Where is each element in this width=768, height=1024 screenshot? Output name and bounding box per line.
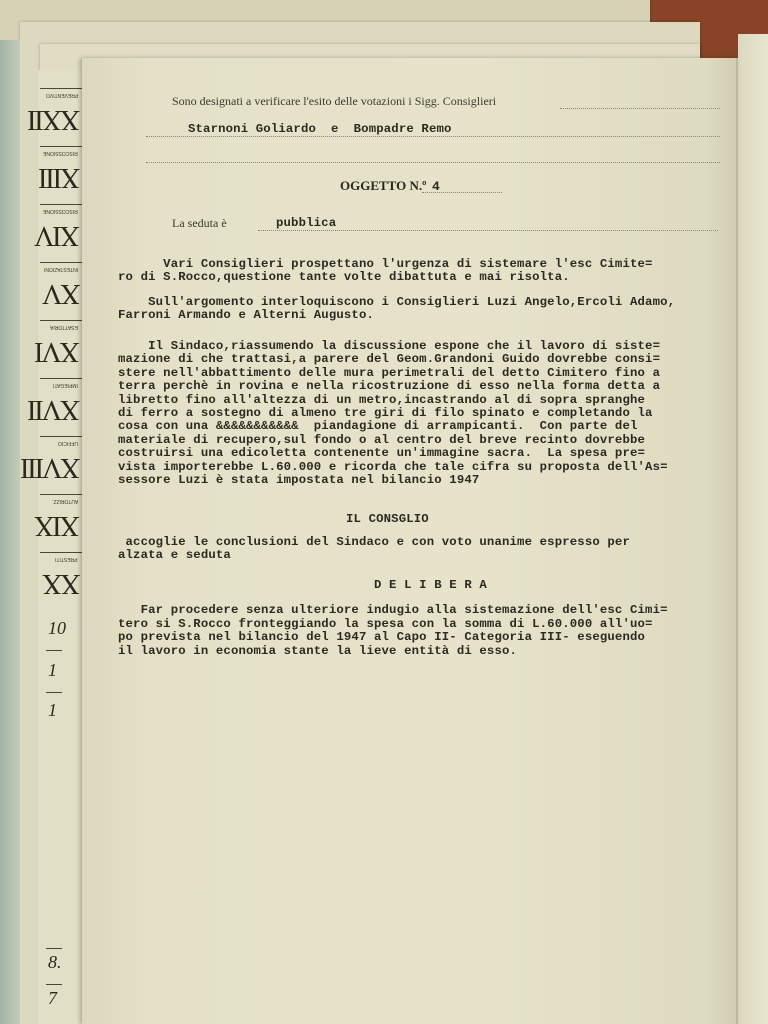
tab-roman-numeral: XVIII: [22, 451, 80, 483]
index-tab[interactable]: UFFICIO XVIII: [40, 436, 82, 495]
verifiers-label: Sono designati a verificare l'esito dell…: [172, 94, 496, 109]
text-line: ro di S.Rocco,questione tante volte diba…: [118, 271, 653, 284]
subject-label: OGGETTO N.º: [340, 178, 426, 194]
session-value: pubblica: [276, 216, 336, 230]
tab-number: 8.: [48, 952, 62, 973]
tab-roman-numeral: XX: [44, 567, 80, 599]
fill-line: [146, 136, 720, 137]
fill-line: [422, 192, 502, 193]
tab-caption: ESATTORIA: [50, 324, 78, 330]
council-heading: IL CONSGLIO: [346, 512, 429, 526]
text-line: di ferro a sostegno di almeno tre giri d…: [118, 407, 668, 420]
text-line: alzata e seduta: [118, 549, 630, 562]
tab-caption: RISCOSSIONE: [43, 208, 78, 214]
tab-roman-numeral: XIV: [36, 219, 80, 251]
tab-divider: [46, 692, 62, 693]
text-line: costruirsi una edicoletta contenente un'…: [118, 447, 668, 460]
tab-caption: AUTORIZZ.: [52, 498, 78, 504]
index-tab[interactable]: AUTORIZZ. XIX: [40, 494, 82, 553]
right-page-edge: [738, 34, 768, 1024]
tab-number: 1: [48, 660, 57, 681]
resolution-text: Far procedere senza ulteriore indugio al…: [118, 604, 668, 658]
text-line: mazione di che trattasi,a parere del Geo…: [118, 353, 668, 366]
text-line: Farroni Armando e Alterni Augusto.: [118, 309, 675, 322]
text-line: po prevista nel bilancio del 1947 al Cap…: [118, 631, 668, 645]
paragraph-request: Vari Consiglieri prospettano l'urgenza d…: [118, 258, 653, 284]
paragraph-speakers: Sull'argomento interloquiscono i Consigl…: [118, 296, 675, 322]
text-line: Il Sindaco,riassumendo la discussione es…: [118, 340, 668, 353]
tab-caption: PREVENTIVO: [46, 92, 78, 98]
paragraph-mayor: Il Sindaco,riassumendo la discussione es…: [118, 340, 668, 487]
fill-line: [560, 108, 720, 109]
resolution-heading: D E L I B E R A: [374, 578, 487, 592]
tab-caption: IMPIEGATI: [53, 382, 78, 388]
index-tab[interactable]: IMPIEGATI XVII: [40, 378, 82, 437]
tab-caption: INTESTAZIONI: [44, 266, 78, 272]
index-tab-strip: PREVENTIVO XXII RISCOSSIONE XIII RISCOSS…: [38, 70, 85, 1024]
council-statement: accoglie le conclusioni del Sindaco e co…: [118, 536, 630, 562]
index-tab[interactable]: PREVENTIVO XXII: [40, 88, 82, 147]
text-line: terra perchè in rovina e nella ricostruz…: [118, 380, 668, 393]
tab-caption: PRESTITI: [55, 556, 78, 562]
text-line: sessore Luzi è stata impostata nel bilan…: [118, 474, 668, 487]
text-line: vista importerebbe L.60.000 e ricorda ch…: [118, 461, 668, 474]
teal-folder-edge: [0, 40, 20, 1024]
tab-roman-numeral: XIII: [40, 161, 80, 193]
tab-roman-numeral: XV: [44, 277, 80, 309]
text-line: Far procedere senza ulteriore indugio al…: [118, 604, 668, 618]
session-label: La seduta è: [172, 216, 227, 231]
tab-number: 10: [48, 618, 66, 639]
tab-number: 1: [48, 700, 57, 721]
verifiers-names: Starnoni Goliardo e Bompadre Remo: [188, 122, 452, 136]
text-line: materiale di recupero,sul fondo o al cen…: [118, 434, 668, 447]
tab-roman-numeral: XVII: [29, 393, 80, 425]
tab-divider: [46, 650, 62, 651]
tab-roman-numeral: XVI: [36, 335, 80, 367]
text-line: il lavoro in economia stante la lieve en…: [118, 645, 668, 659]
document-page: Sono designati a verificare l'esito dell…: [82, 58, 738, 1024]
index-tab[interactable]: ESATTORIA XVI: [40, 320, 82, 379]
tab-number: 7: [48, 988, 57, 1009]
tab-divider: [46, 948, 62, 949]
tab-divider: [46, 984, 62, 985]
index-tab[interactable]: RISCOSSIONE XIV: [40, 204, 82, 263]
index-tab[interactable]: PRESTITI XX: [40, 552, 82, 611]
tab-roman-numeral: XIX: [36, 509, 80, 541]
text-line: libretto fino all'altezza di un metro,in…: [118, 394, 668, 407]
fill-line: [258, 230, 718, 231]
index-tab[interactable]: INTESTAZIONI XV: [40, 262, 82, 321]
tab-caption: UFFICIO: [58, 440, 78, 446]
tab-roman-numeral: XXII: [29, 103, 80, 135]
tab-caption: RISCOSSIONE: [43, 150, 78, 156]
fill-line: [146, 162, 720, 163]
text-line: tero si S.Rocco fronteggiando la spesa c…: [118, 618, 668, 632]
text-line: cosa con una &&&&&&&&&&& piandagione di …: [118, 420, 668, 433]
index-tab[interactable]: RISCOSSIONE XIII: [40, 146, 82, 205]
page-fold: [736, 58, 738, 1024]
text-line: stere nell'abbattimento delle mura perim…: [118, 367, 668, 380]
